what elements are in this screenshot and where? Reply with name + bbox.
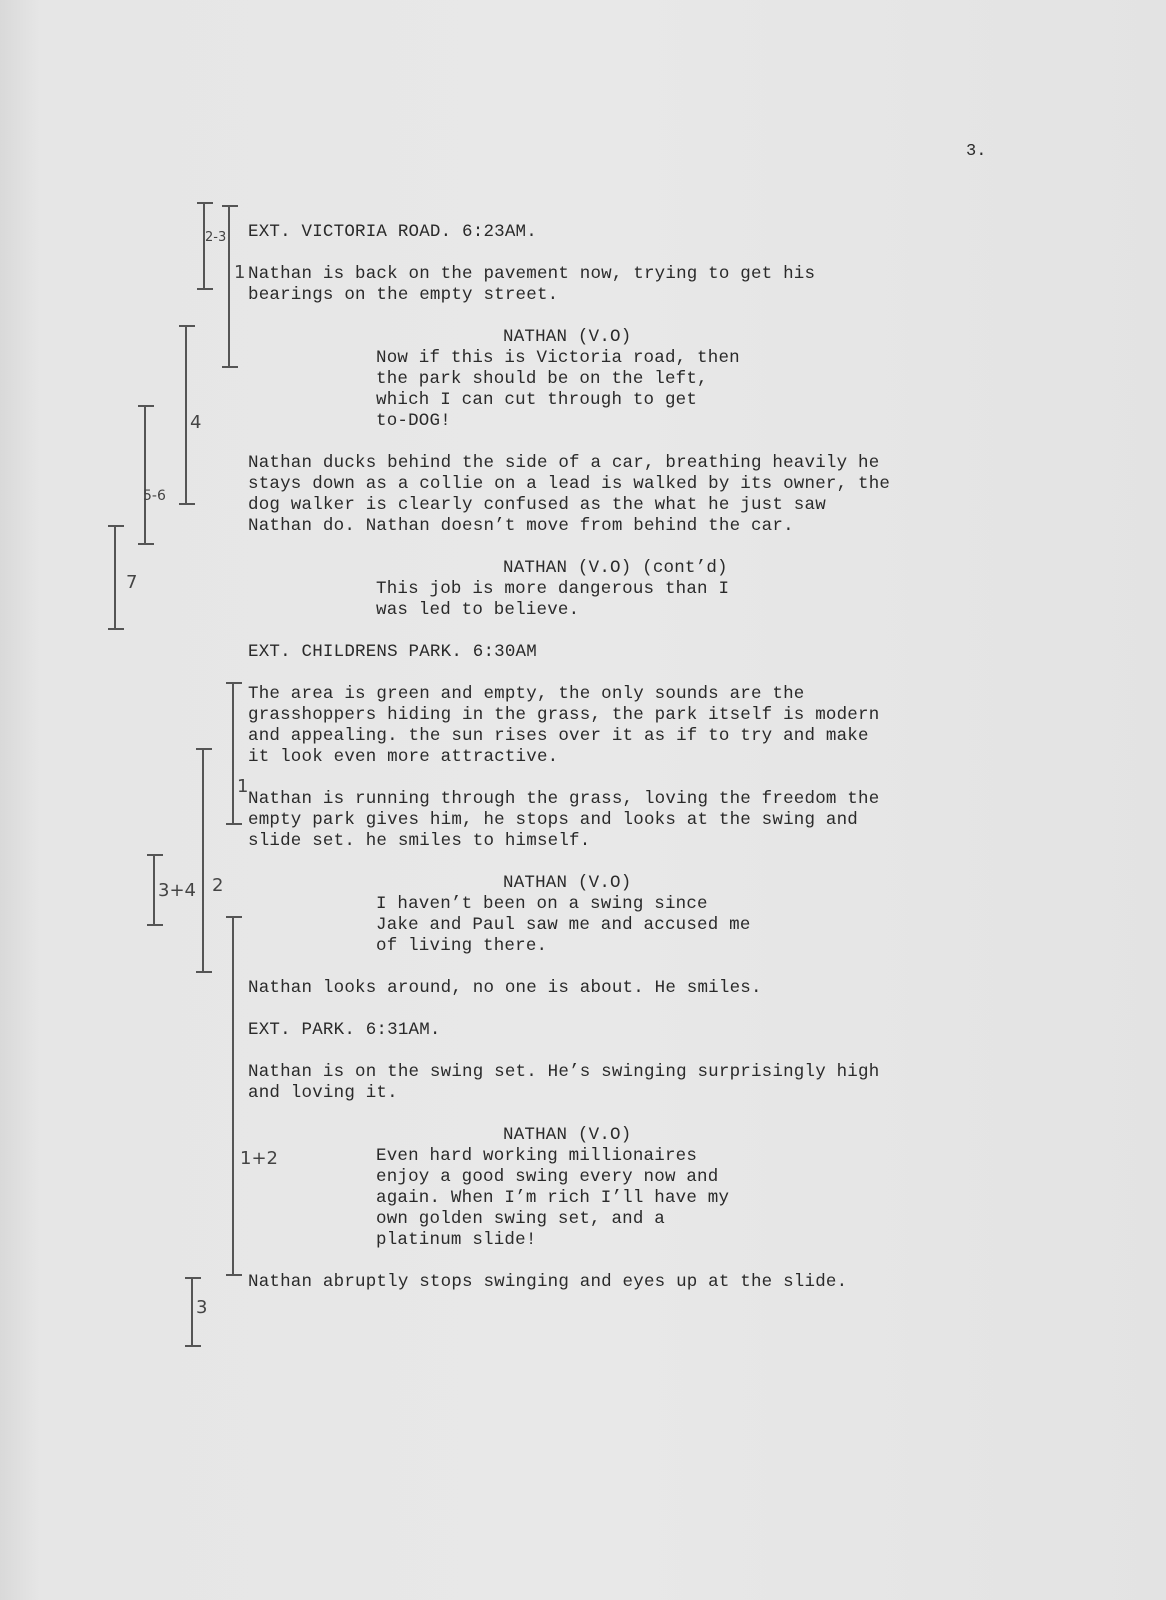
dialogue-line: platinum slide! [376, 1230, 537, 1251]
dialogue-line: Even hard working millionaires [376, 1146, 697, 1167]
margin-note: 2-3 [205, 230, 226, 245]
action-line: bearings on the empty street. [248, 285, 558, 306]
action-line: Nathan is on the swing set. He’s swingin… [248, 1062, 879, 1083]
action-line: slide set. he smiles to himself. [248, 831, 590, 852]
action-line: Nathan looks around, no one is about. He… [248, 978, 762, 999]
margin-bracket [232, 916, 234, 1276]
margin-bracket [185, 325, 187, 505]
action-line: Nathan abruptly stops swinging and eyes … [248, 1272, 847, 1293]
margin-note: 1+2 [240, 1148, 278, 1169]
dialogue-line: This job is more dangerous than I [376, 579, 729, 600]
action-line: it look even more attractive. [248, 747, 558, 768]
dialogue-line: of living there. [376, 936, 547, 957]
action-line: grasshoppers hiding in the grass, the pa… [248, 705, 879, 726]
margin-note: 4 [190, 412, 201, 433]
margin-note: 3 [196, 1297, 207, 1318]
margin-note: 7 [126, 572, 137, 593]
action-line: The area is green and empty, the only so… [248, 684, 805, 705]
character-name: NATHAN (V.O) [503, 327, 631, 348]
scene-heading: EXT. CHILDRENS PARK. 6:30AM [248, 642, 537, 663]
character-name: NATHAN (V.O) [503, 873, 631, 894]
script-page: 3. 2-3 1 4 5-6 7 1 2 3+4 1+2 3 EXT. VICT… [0, 0, 1166, 1600]
action-line: Nathan is back on the pavement now, tryi… [248, 264, 815, 285]
dialogue-line: was led to believe. [376, 600, 579, 621]
margin-note: 2 [212, 875, 223, 896]
dialogue-line: which I can cut through to get [376, 390, 697, 411]
margin-note: 3+4 [158, 880, 196, 901]
action-line: Nathan is running through the grass, lov… [248, 789, 879, 810]
margin-bracket [114, 525, 116, 630]
margin-note: 1 [234, 262, 245, 283]
dialogue-line: I haven’t been on a swing since [376, 894, 708, 915]
margin-bracket [203, 202, 205, 290]
margin-note: 5-6 [143, 488, 166, 504]
scene-heading: EXT. VICTORIA ROAD. 6:23AM. [248, 222, 537, 243]
character-name: NATHAN (V.O) [503, 1125, 631, 1146]
margin-note: 1 [237, 776, 248, 797]
dialogue-line: Jake and Paul saw me and accused me [376, 915, 751, 936]
margin-bracket [144, 405, 146, 545]
margin-bracket [191, 1277, 193, 1347]
action-line: stays down as a collie on a lead is walk… [248, 474, 890, 495]
action-line: and appealing. the sun rises over it as … [248, 726, 869, 747]
margin-bracket [232, 682, 234, 825]
action-line: Nathan do. Nathan doesn’t move from behi… [248, 516, 794, 537]
dialogue-line: again. When I’m rich I’ll have my [376, 1188, 729, 1209]
dialogue-line: own golden swing set, and a [376, 1209, 665, 1230]
dialogue-line: to-DOG! [376, 411, 451, 432]
action-line: Nathan ducks behind the side of a car, b… [248, 453, 879, 474]
character-name: NATHAN (V.O) (cont’d) [503, 558, 728, 579]
dialogue-line: enjoy a good swing every now and [376, 1167, 718, 1188]
margin-bracket [202, 748, 204, 973]
page-number: 3. [966, 142, 986, 161]
scene-heading: EXT. PARK. 6:31AM. [248, 1020, 441, 1041]
action-line: dog walker is clearly confused as the wh… [248, 495, 826, 516]
margin-bracket [153, 854, 155, 926]
action-line: and loving it. [248, 1083, 398, 1104]
margin-bracket [228, 205, 230, 368]
action-line: empty park gives him, he stops and looks… [248, 810, 858, 831]
dialogue-line: the park should be on the left, [376, 369, 708, 390]
dialogue-line: Now if this is Victoria road, then [376, 348, 740, 369]
